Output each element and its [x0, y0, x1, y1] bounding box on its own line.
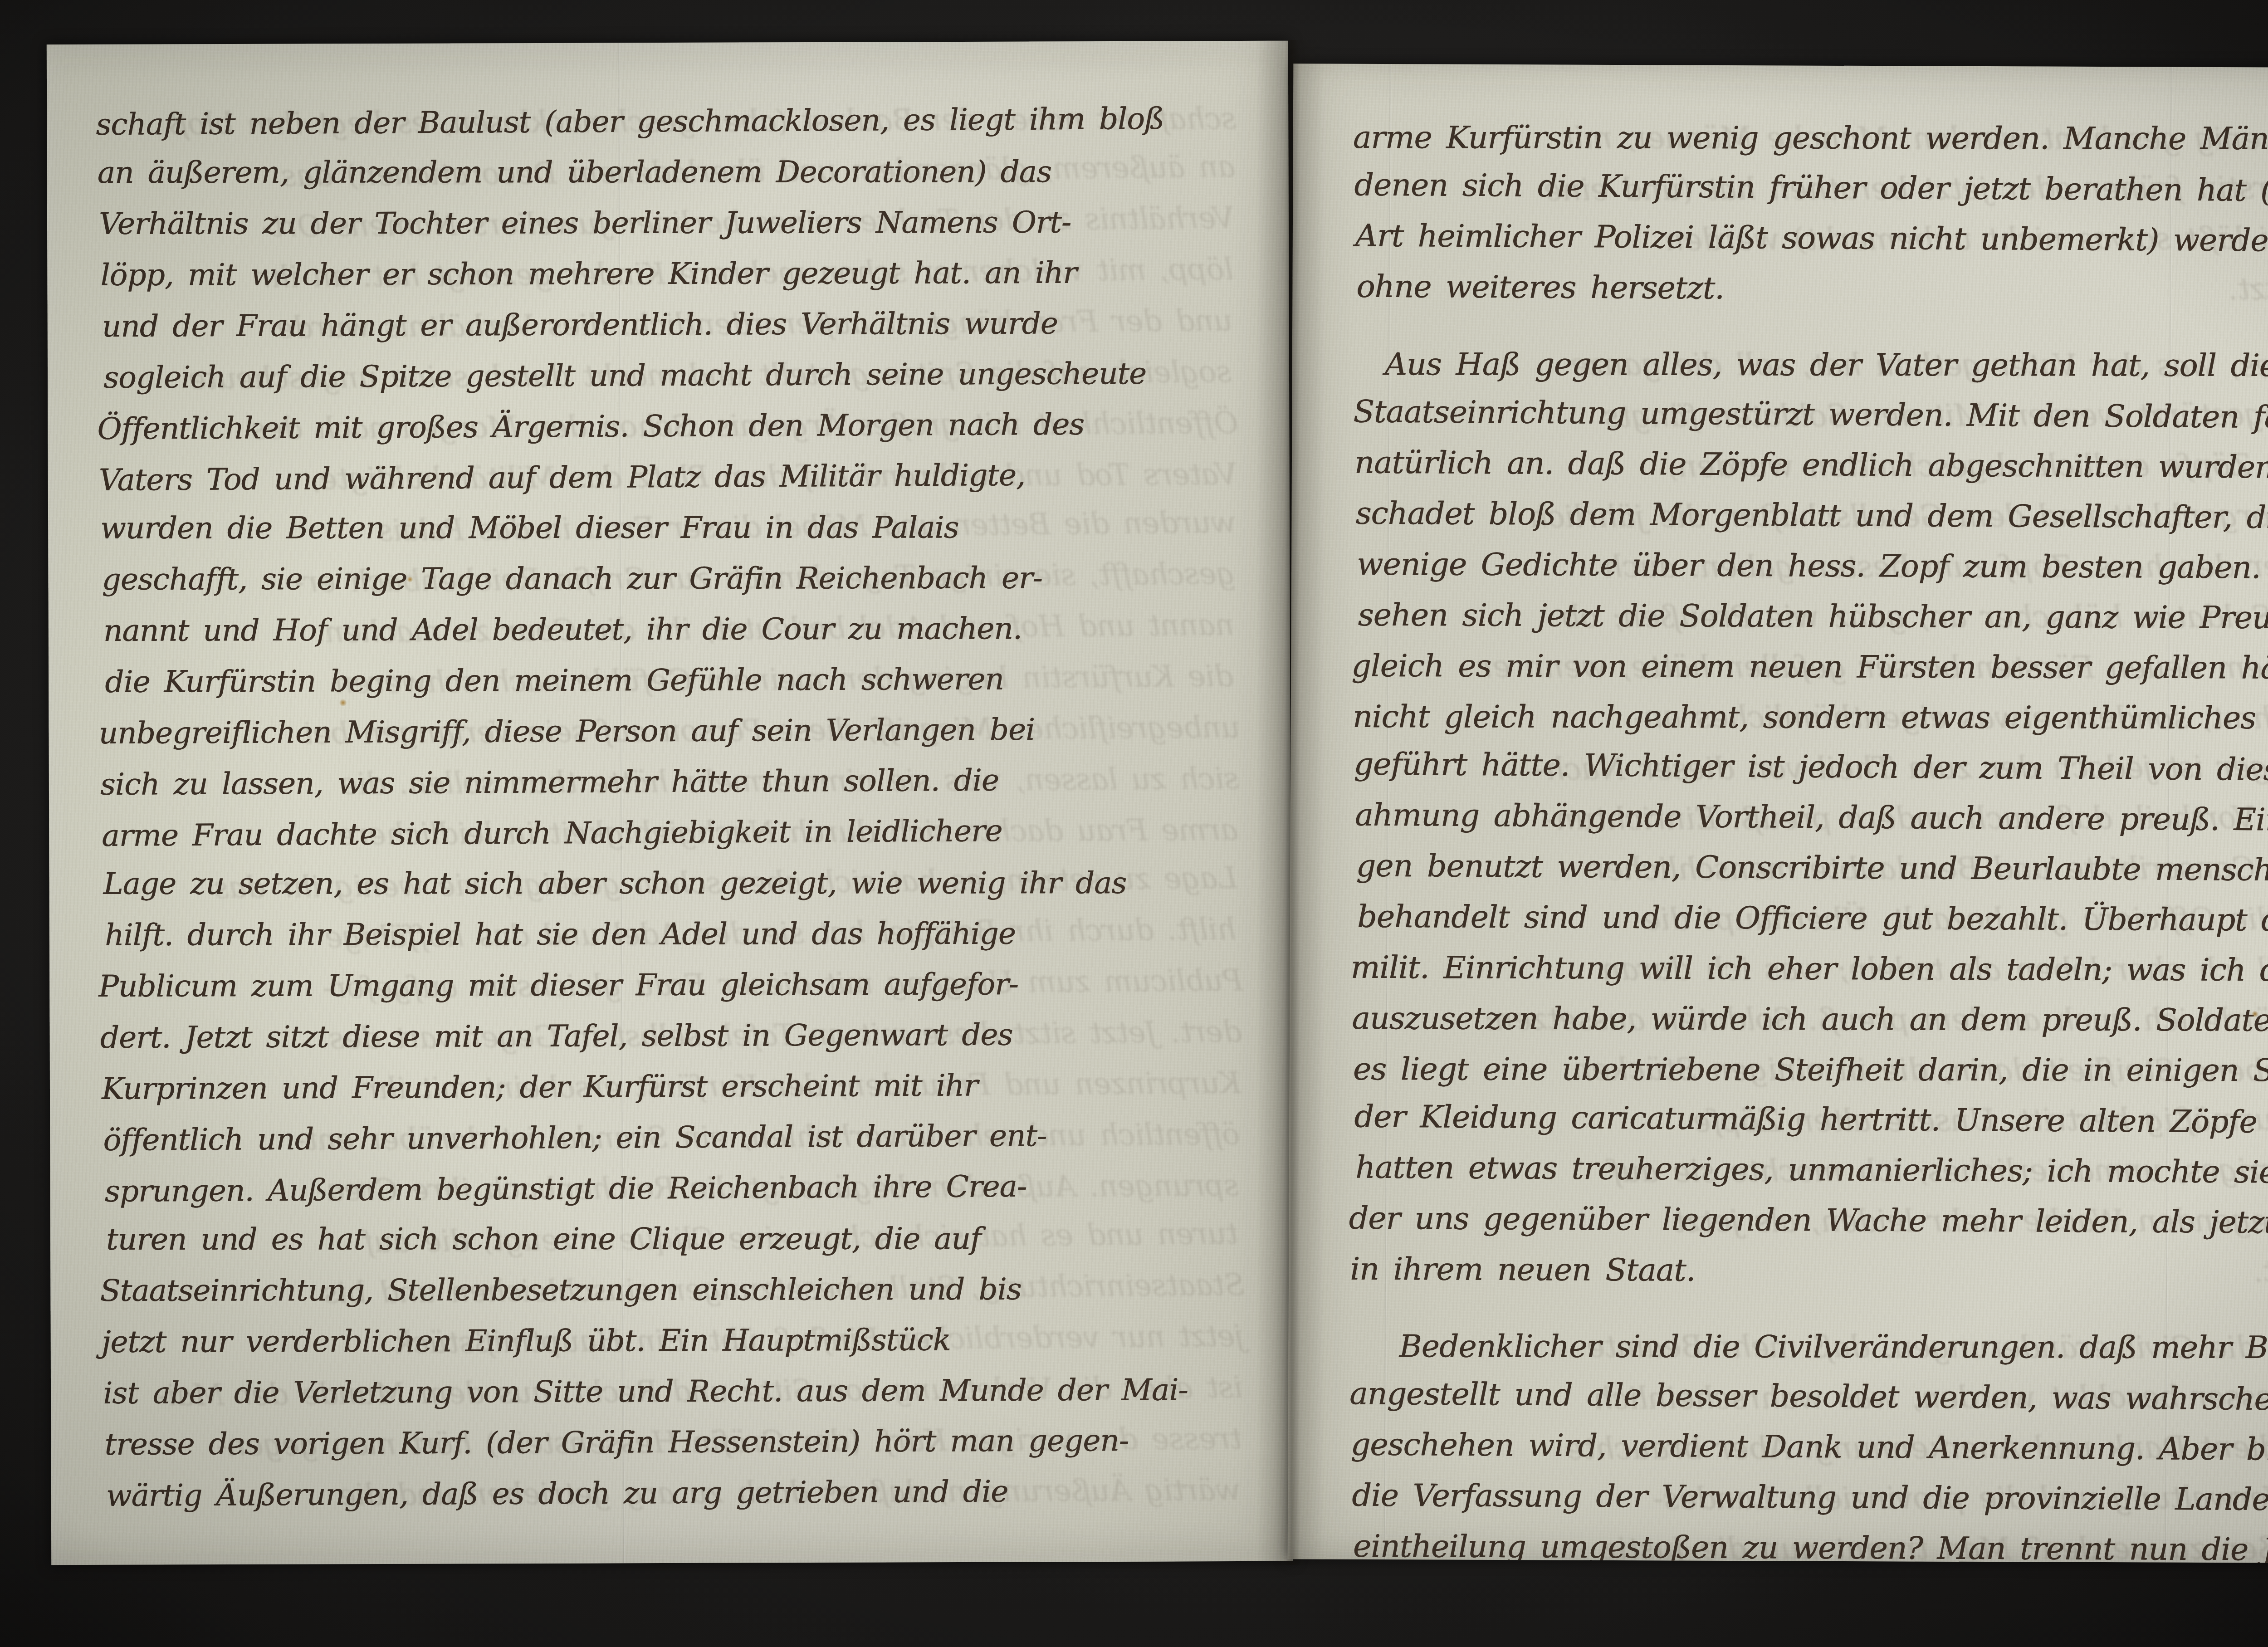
- handwriting-line: Publicum zum Umgang mit dieser Frau glei…: [98, 958, 1271, 1012]
- handwriting-line: Öffentlichkeit mit großes Ärgernis. Scho…: [97, 398, 1270, 455]
- handwriting-line: sogleich auf die Spitze gestellt und mac…: [103, 348, 1276, 403]
- handwriting-line: wenige Gedichte über den hess. Zopf zum …: [1357, 539, 2268, 595]
- handwriting-line: Aus Haß gegen alles, was der Vater getha…: [1352, 339, 2268, 391]
- handwriting-line: in ihrem neuen Staat.: [1350, 1244, 2268, 1300]
- handwriting-line: hilft. durch ihr Beispiel hat sie den Ad…: [105, 908, 1277, 961]
- handwriting-line: behandelt sind und die Officiere gut bez…: [1357, 892, 2268, 947]
- handwriting-right: arme Kurfürstin zu wenig geschont werden…: [1288, 64, 2268, 1564]
- handwriting-line: ist aber die Verletzung von Sitte und Re…: [103, 1364, 1276, 1419]
- handwriting-line: sprungen. Außerdem begünstigt die Reiche…: [104, 1160, 1277, 1217]
- letter-page-right: arme Kurfürstin zu wenig geschont werden…: [1288, 64, 2268, 1564]
- handwriting-line: Kurprinzen und Freunden; der Kurfürst er…: [102, 1059, 1274, 1114]
- paragraph: Aus Haß gegen alles, was der Vater getha…: [1352, 338, 2268, 1300]
- handwriting-line: auszusetzen habe, würde ich auch an dem …: [1352, 993, 2268, 1046]
- handwriting-line: denen sich die Kurfürstin früher oder je…: [1354, 160, 2268, 218]
- handwriting-line: tresse des vorigen Kurf. (der Gräfin Hes…: [104, 1415, 1277, 1470]
- handwriting-line: nicht gleich nachgeahmt, sondern etwas e…: [1353, 692, 2268, 744]
- handwriting-line: eintheilung umgestoßen zu werden? Man tr…: [1353, 1521, 2268, 1564]
- handwriting-line: sehen sich jetzt die Soldaten hübscher a…: [1358, 590, 2268, 645]
- handwriting-line: arme Kurfürstin zu wenig geschont werden…: [1353, 112, 2268, 165]
- handwriting-line: geschafft, sie einige Tage danach zur Gr…: [102, 552, 1274, 605]
- handwriting-line: sich zu lassen, was sie nimmermehr hätte…: [100, 754, 1273, 810]
- handwriting-line: an äußerem, glänzendem und überladenem D…: [98, 147, 1270, 198]
- handwriting-line: nannt und Hof und Adel bedeutet, ihr die…: [103, 603, 1276, 656]
- handwriting-line: wurden die Betten und Möbel dieser Frau …: [100, 502, 1273, 554]
- handwriting-line: milit. Einrichtung will ich eher loben a…: [1351, 943, 2268, 997]
- handwriting-line: dert. Jetzt sitzt diese mit an Tafel, se…: [100, 1009, 1272, 1063]
- handwriting-line: geschehen wird, verdient Dank und Anerke…: [1350, 1419, 2268, 1476]
- handwriting-line: und der Frau hängt er außerordentlich. d…: [102, 298, 1275, 352]
- letter-page-left: schaft ist neben der Baulust (aber gesch…: [47, 41, 1293, 1565]
- handwriting-line: geführt hätte. Wichtiger ist jedoch der …: [1354, 739, 2268, 797]
- handwriting-line: es liegt eine übertriebene Steifheit dar…: [1353, 1044, 2268, 1096]
- handwriting-line: Staatseinrichtung umgestürzt werden. Mit…: [1353, 386, 2268, 445]
- handwriting-line: der uns gegenüber liegenden Wache mehr l…: [1349, 1193, 2268, 1250]
- handwriting-line: Verhältnis zu der Tochter eines berliner…: [99, 197, 1271, 249]
- handwriting-line: wärtig Äußerungen, daß es doch zu arg ge…: [106, 1465, 1279, 1521]
- handwriting-line: die Kurfürstin beging den meinem Gefühle…: [105, 653, 1277, 708]
- handwriting-line: hatten etwas treuherziges, unmanierliche…: [1355, 1143, 2268, 1200]
- handwriting-line: Staatseinrichtung, Stellenbesetzungen ei…: [100, 1264, 1272, 1316]
- handwriting-line: gleich es mir von einem neuen Fürsten be…: [1351, 641, 2268, 694]
- handwriting-line: gen benutzt werden, Conscribirte und Beu…: [1356, 841, 2268, 897]
- handwriting-line: löpp, mit welcher er schon mehrere Kinde…: [100, 247, 1273, 301]
- handwriting-line: ohne weiteres hersetzt.: [1356, 262, 2268, 318]
- handwriting-line: schadet bloß dem Morgenblatt und dem Ges…: [1355, 489, 2268, 545]
- scan-background: { "palette":{ "mat_background":"#1b1a19"…: [0, 0, 2268, 1647]
- handwriting-line: turen und es hat sich schon eine Clique …: [106, 1213, 1279, 1265]
- handwriting-line: Lage zu setzen, es hat sich aber schon g…: [103, 858, 1276, 909]
- handwriting-line: der Kleidung caricaturmäßig hertritt. Un…: [1354, 1091, 2268, 1150]
- handwriting-line: Bedenklicher sind die Civilveränderungen…: [1348, 1321, 2268, 1373]
- handwriting-line: Art heimlicher Polizei läßt sowas nicht …: [1355, 211, 2268, 268]
- handwriting-line: die Verfassung der Verwaltung und die pr…: [1352, 1471, 2268, 1527]
- paragraph: Bedenklicher sind die Civilveränderungen…: [1351, 1320, 2268, 1564]
- handwriting-line: arme Frau dachte sich durch Nachgiebigke…: [102, 804, 1275, 861]
- handwriting-line: öffentlich und sehr unverhohlen; ein Sca…: [103, 1109, 1276, 1166]
- handwriting-left: schaft ist neben der Baulust (aber gesch…: [47, 41, 1293, 1565]
- handwriting-line: jetzt nur verderblichen Einfluß übt. Ein…: [102, 1314, 1274, 1368]
- handwriting-line: ahmung abhängende Vortheil, daß auch and…: [1355, 790, 2268, 847]
- paragraph: arme Kurfürstin zu wenig geschont werden…: [1356, 111, 2268, 318]
- handwriting-line: schaft ist neben der Baulust (aber gesch…: [96, 93, 1269, 150]
- handwriting-line: unbegreiflichen Misgriff, diese Person a…: [98, 704, 1271, 759]
- handwriting-line: angestellt und alle besser besoldet werd…: [1349, 1368, 2268, 1427]
- handwriting-line: natürlich an. daß die Zöpfe endlich abge…: [1354, 438, 2268, 495]
- handwriting-line: Vaters Tod und während auf dem Platz das…: [98, 449, 1271, 506]
